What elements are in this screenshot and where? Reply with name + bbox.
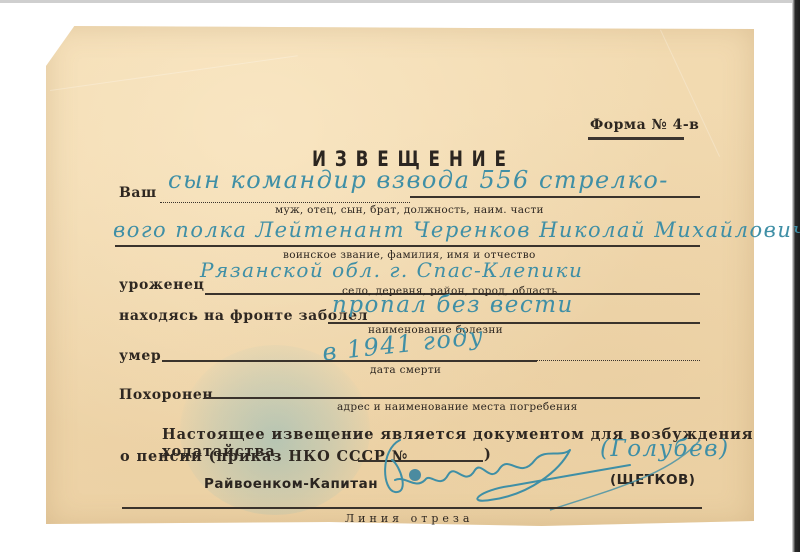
scan-top-edge <box>0 0 800 3</box>
field-label-relation: Ваш <box>119 185 157 201</box>
handwritten-birthplace: Рязанской обл. г. Спас-Клепики <box>200 258 583 282</box>
officer-title: Райвоенком-Капитан <box>204 476 378 492</box>
field-line <box>160 202 410 203</box>
cut-line-label: Линия отреза <box>345 512 473 525</box>
handwritten-relation: сын командир взвода 556 стрелко- <box>168 166 669 194</box>
field-line <box>115 245 700 247</box>
scan-right-edge <box>792 0 800 552</box>
field-label-birthplace: уроженец <box>119 277 204 293</box>
field-label-death: умер <box>119 348 161 364</box>
caption-burial: адрес и наименование места погребения <box>337 401 578 413</box>
field-label-burial: Похоронен <box>119 387 213 403</box>
field-line <box>537 360 700 361</box>
form-number-underline <box>588 137 684 140</box>
field-line <box>162 360 537 362</box>
field-line <box>410 196 700 198</box>
handwritten-rank-name: вого полка Лейтенант Черенков Николай Ми… <box>113 218 800 242</box>
field-line <box>205 397 700 399</box>
handwritten-illness: пропал без вести <box>332 292 574 318</box>
caption-death-date: дата смерти <box>370 364 441 376</box>
caption-relation: муж, отец, сын, брат, должность, наим. ч… <box>275 204 544 216</box>
form-number: Форма № 4-в <box>590 117 699 133</box>
cut-line <box>122 507 702 509</box>
notice-line-2: о пенсии (приказ НКО СССР № <box>120 448 408 465</box>
